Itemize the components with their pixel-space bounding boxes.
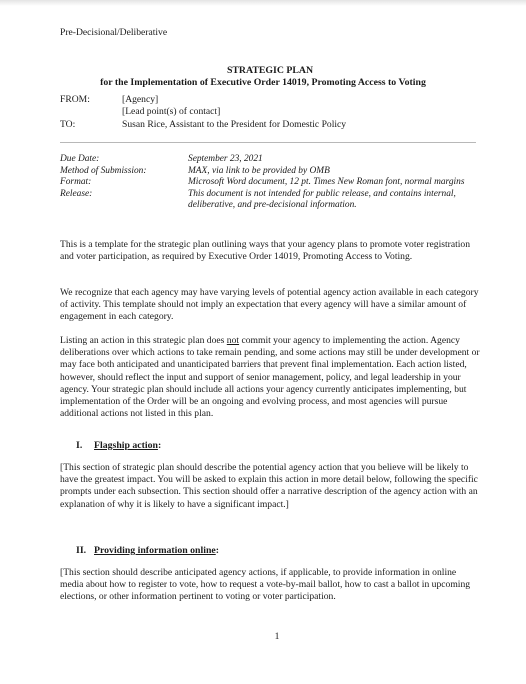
intro-paragraph: This is a template for the strategic pla… [60, 239, 480, 263]
section-heading-online-info: II.Providing information online: [76, 545, 219, 556]
section-title: Providing information online [94, 545, 216, 556]
recognition-paragraph: We recognize that each agency may have v… [60, 287, 480, 324]
document-title-block: STRATEGIC PLAN for the Implementation of… [0, 65, 526, 89]
from-contact: [Lead point(s) of contact] [122, 106, 220, 118]
section-suffix: : [216, 545, 219, 556]
submission-details: Due Date:September 23, 2021 Method of Su… [60, 154, 478, 212]
method-label: Method of Submission: [60, 166, 188, 178]
section-number: I. [76, 440, 94, 451]
to-value: Susan Rice, Assistant to the President f… [122, 119, 346, 131]
listing-emphasis: not [227, 335, 239, 346]
viewer-top-shadow [0, 0, 526, 6]
document-subtitle: for the Implementation of Executive Orde… [0, 77, 526, 89]
format-label: Format: [60, 177, 188, 189]
release-label: Release: [60, 189, 188, 212]
section-body-online-info: [This section should describe anticipate… [60, 567, 480, 604]
to-label: TO: [60, 119, 122, 131]
classification-marking: Pre-Decisional/Deliberative [60, 27, 167, 38]
header-divider [60, 142, 476, 143]
document-title: STRATEGIC PLAN [0, 65, 526, 77]
format-value: Microsoft Word document, 12 pt. Times Ne… [188, 177, 478, 189]
section-title: Flagship action [94, 440, 158, 451]
method-value: MAX, via link to be provided by OMB [188, 166, 478, 178]
due-date-label: Due Date: [60, 154, 188, 166]
section-heading-flagship: I.Flagship action: [76, 440, 161, 451]
from-agency: [Agency] [122, 94, 158, 106]
release-value: This document is not intended for public… [188, 189, 478, 212]
section-suffix: : [158, 440, 161, 451]
due-date-value: September 23, 2021 [188, 154, 478, 166]
page-number: 1 [0, 631, 526, 642]
from-label: FROM: [60, 94, 122, 106]
listing-text-start: Listing an action in this strategic plan… [60, 335, 227, 346]
listing-text-end: commit your agency to implementing the a… [60, 335, 480, 419]
section-number: II. [76, 545, 94, 556]
listing-paragraph: Listing an action in this strategic plan… [60, 335, 480, 420]
section-body-flagship: [This section of strategic plan should d… [60, 462, 480, 511]
memo-header: FROM:[Agency] [Lead point(s) of contact]… [60, 94, 346, 131]
